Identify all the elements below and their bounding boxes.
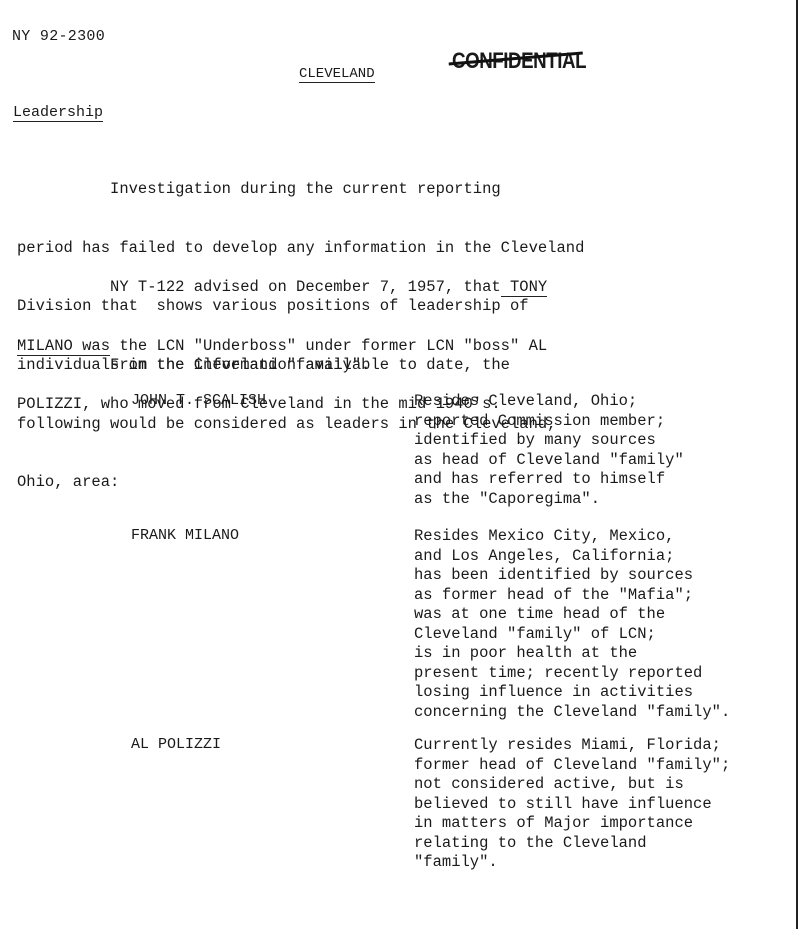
- paragraph-line: From the information available to date, …: [17, 356, 777, 376]
- underlined-name: TONY: [501, 278, 548, 297]
- leader-name: JOHN T. SCALISH: [131, 392, 266, 409]
- office-heading: CLEVELAND: [299, 66, 375, 83]
- paragraph-line: Investigation during the current reporti…: [17, 180, 777, 200]
- leader-name: FRANK MILANO: [131, 527, 239, 544]
- paragraph-line: NY T-122 advised on December 7, 1957, th…: [17, 278, 777, 298]
- leader-description: Currently resides Miami, Florida; former…: [414, 736, 730, 873]
- leader-description: Resides Mexico City, Mexico, and Los Ang…: [414, 527, 730, 722]
- section-heading: Leadership: [13, 104, 103, 122]
- page-edge-line: [796, 0, 798, 929]
- leader-name: AL POLIZZI: [131, 736, 221, 753]
- text-span: NY T-122 advised on December 7, 1957, th…: [17, 278, 501, 296]
- leader-description: Resides Cleveland, Ohio; reported Commis…: [414, 392, 684, 509]
- file-number: NY 92-2300: [12, 28, 105, 45]
- classification-stamp: CONFIDENTIAL: [452, 48, 586, 74]
